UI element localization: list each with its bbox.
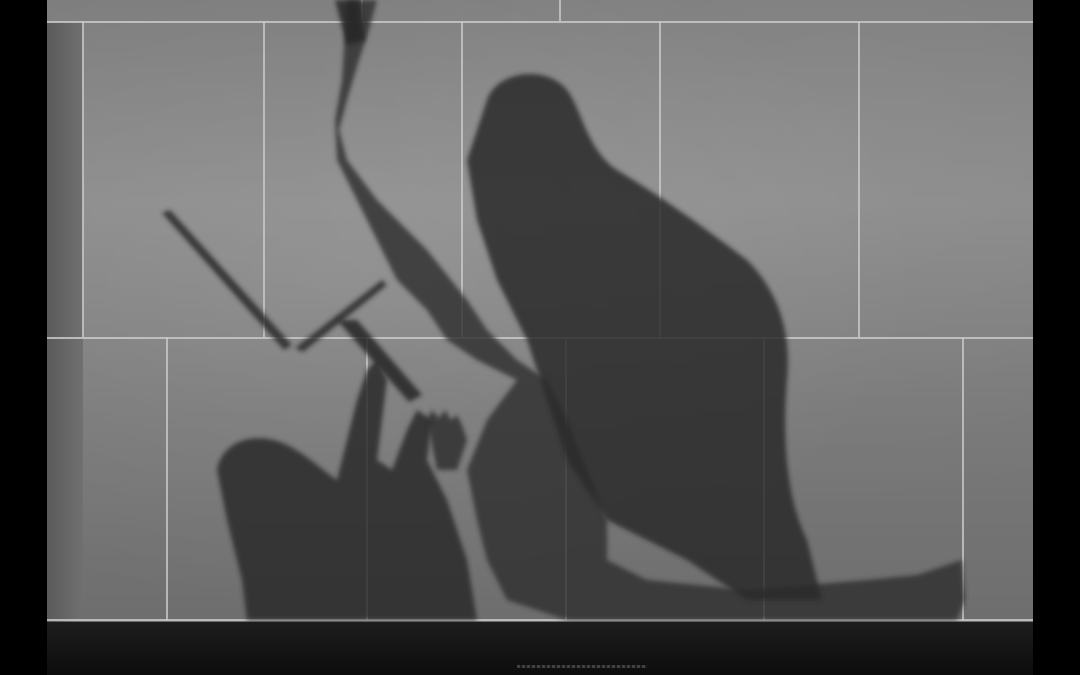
raised-hand-shadow (427, 410, 467, 470)
fallen-sword-shadow (162, 210, 292, 350)
photograph: Black and white photograph of shadows ca… (47, 0, 1033, 675)
film-edge-marking (517, 665, 647, 668)
shadow-figures (47, 0, 1033, 675)
black-border-frame: Black and white photograph of shadows ca… (0, 0, 1080, 675)
falling-figure-shadow (217, 360, 477, 620)
